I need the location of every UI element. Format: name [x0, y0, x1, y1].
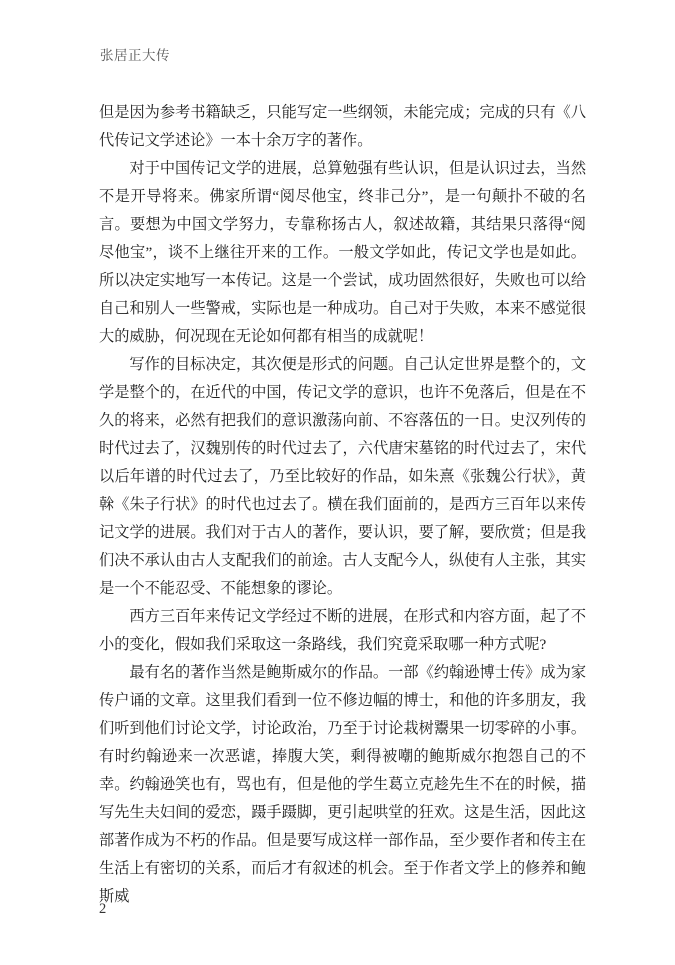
paragraph: 最有名的著作当然是鲍斯威尔的作品。一部《约翰逊博士传》成为家传户诵的文章。这里我… — [99, 659, 586, 911]
running-header: 张居正大传 — [100, 48, 170, 63]
book-page: 张居正大传 但是因为参考书籍缺乏，只能写定一些纲领，未能完成；完成的只有《八代传… — [0, 0, 675, 965]
paragraph: 但是因为参考书籍缺乏，只能写定一些纲领，未能完成；完成的只有《八代传记文学述论》… — [99, 99, 586, 155]
paragraph: 西方三百年来传记文学经过不断的进展，在形式和内容方面，起了不小的变化，假如我们采… — [99, 603, 586, 659]
paragraph: 写作的目标决定，其次便是形式的问题。自己认定世界是整个的，文学是整个的，在近代的… — [99, 351, 586, 603]
page-number: 2 — [99, 901, 106, 918]
body-text: 但是因为参考书籍缺乏，只能写定一些纲领，未能完成；完成的只有《八代传记文学述论》… — [99, 99, 586, 911]
paragraph: 对于中国传记文学的进展，总算勉强有些认识，但是认识过去，当然不是开导将来。佛家所… — [99, 155, 586, 351]
